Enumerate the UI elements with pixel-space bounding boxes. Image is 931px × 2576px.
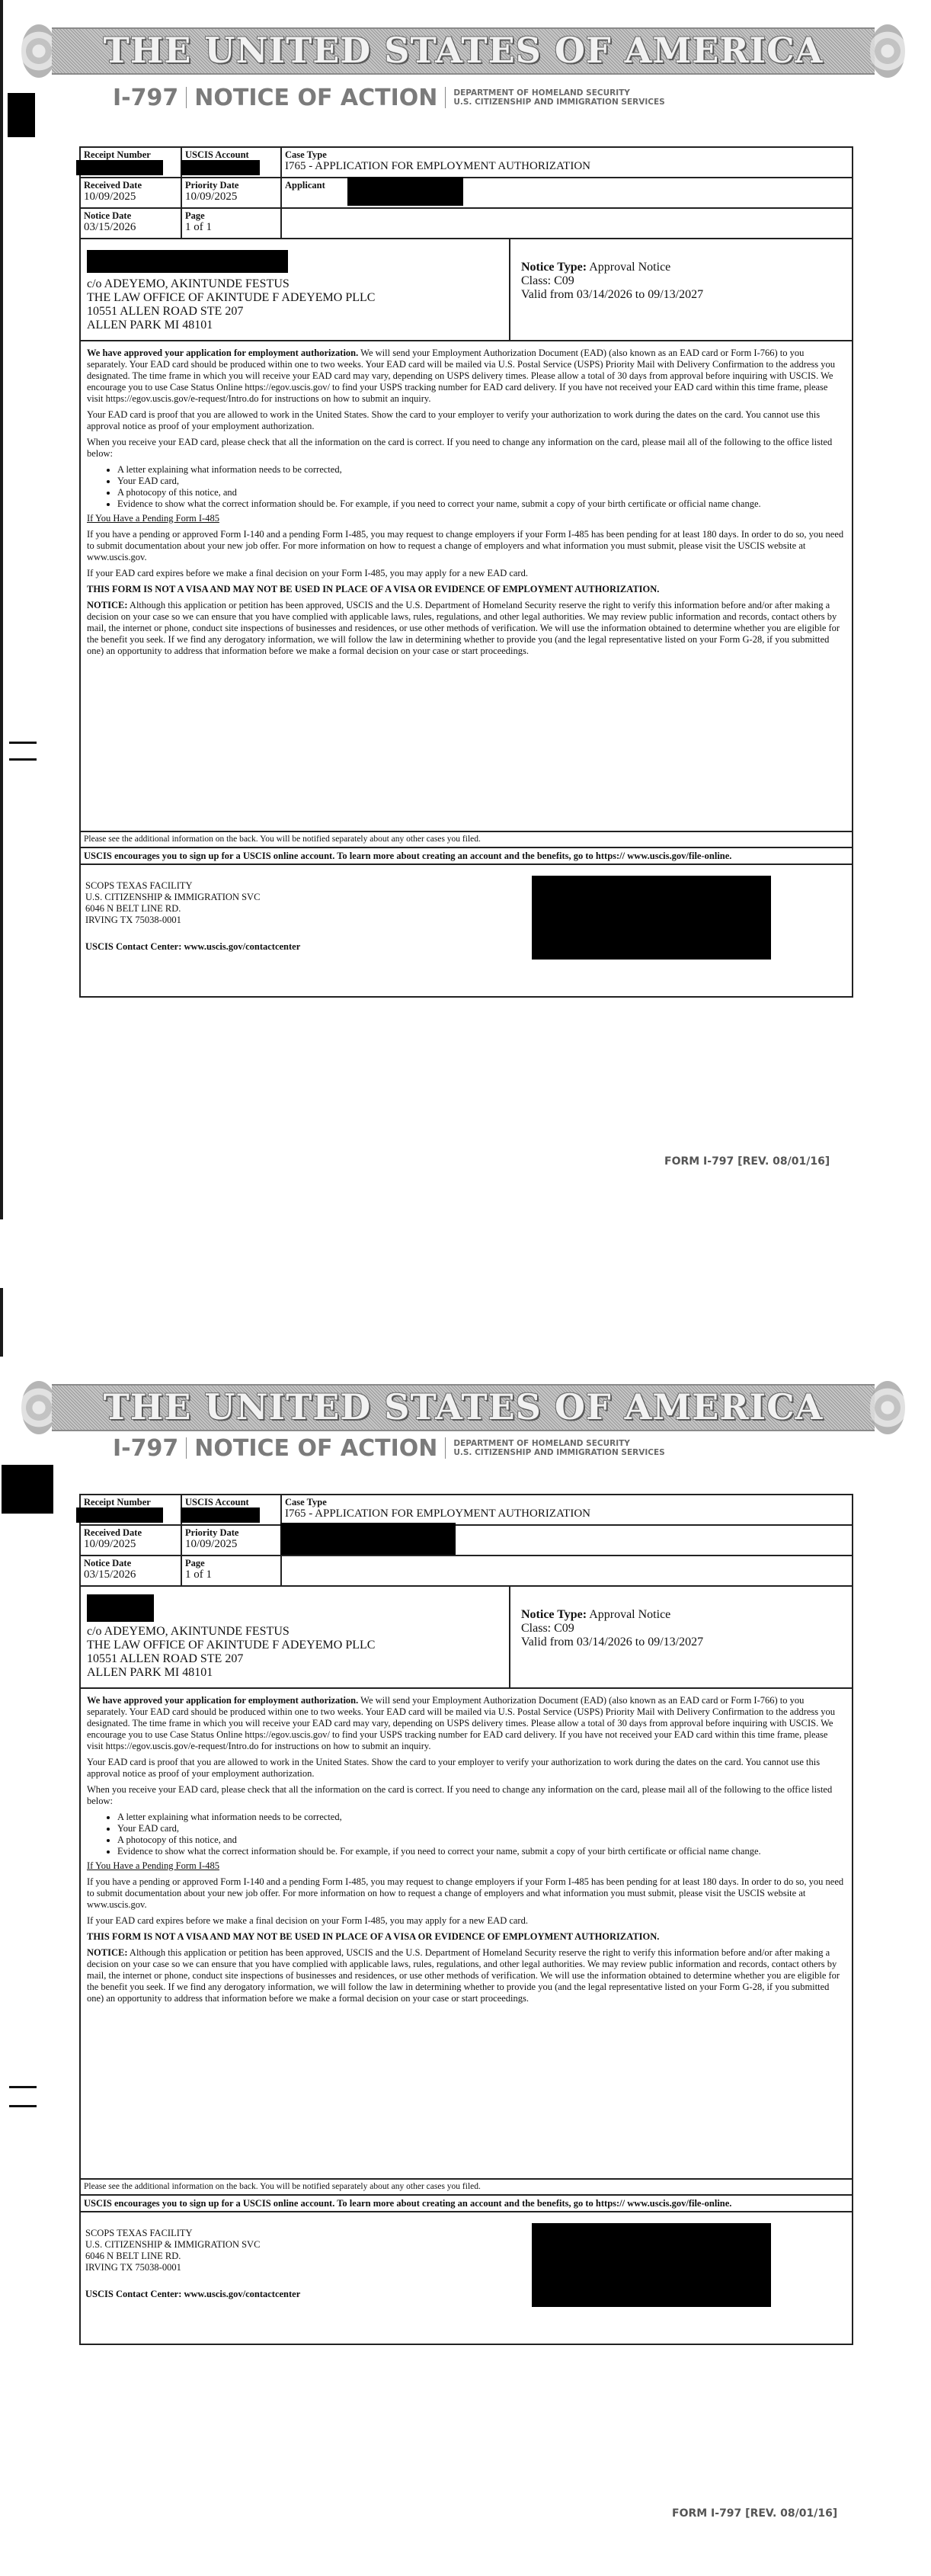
notice-page-1: THE UNITED STATES OF AMERICA I-797 NOTIC…: [0, 0, 931, 1288]
title-divider: [445, 87, 446, 108]
corrections-list: A letter explaining what information nee…: [87, 464, 846, 510]
account-number-cell: USCIS Account Number: [182, 148, 282, 177]
priority-date-value: 10/09/2025: [185, 1538, 277, 1551]
header-row-3: Notice Date 03/15/2026 Page 1 of 1: [81, 209, 852, 239]
paragraph-notice: NOTICE: Although this application or pet…: [87, 600, 846, 657]
margin-mark: [9, 2105, 37, 2107]
scan-edge: [0, 1288, 3, 1357]
form-revision: FORM I-797 [REV. 08/01/16]: [664, 1155, 830, 1168]
address-line: ALLEN PARK MI 48101: [87, 1666, 503, 1680]
list-item: Evidence to show what the correct inform…: [117, 1846, 846, 1857]
received-date-cell: Received Date 10/09/2025: [81, 178, 182, 207]
page-label: Page: [185, 210, 277, 221]
address-row: c/o ADEYEMO, AKINTUNDE FESTUS THE LAW OF…: [81, 239, 852, 341]
form-revision: FORM I-797 [REV. 08/01/16]: [672, 2507, 837, 2520]
account-number-redaction: [181, 1507, 260, 1523]
account-number-redaction: [181, 160, 260, 175]
banner: THE UNITED STATES OF AMERICA: [21, 24, 905, 78]
title-divider: [445, 1437, 446, 1459]
visa-warning: THIS FORM IS NOT A VISA AND MAY NOT BE U…: [87, 584, 846, 595]
notice-type-label: Notice Type:: [521, 261, 587, 274]
title-divider: [186, 1437, 187, 1459]
notice-type: Notice Type: Approval Notice: [521, 1608, 846, 1622]
header-row-2: Received Date 10/09/2025 Priority Date 1…: [81, 1526, 852, 1556]
scan-edge: [0, 0, 3, 1219]
department-line-1: DEPARTMENT OF HOMELAND SECURITY: [453, 1439, 630, 1448]
barcode-redaction: [532, 2223, 771, 2307]
header-row-2: Received Date 10/09/2025 Priority Date 1…: [81, 178, 852, 209]
title-row: I-797 NOTICE OF ACTION DEPARTMENT OF HOM…: [113, 82, 665, 113]
notice-summary: Notice Type: Approval Notice Class: C09 …: [510, 1587, 852, 1687]
notice-type-label: Notice Type:: [521, 1608, 587, 1621]
notice-body: We have approved your application for em…: [81, 341, 852, 657]
additional-info-row: Please see the additional information on…: [81, 2180, 852, 2196]
online-account-row: USCIS encourages you to sign up for a US…: [81, 848, 852, 865]
notice-lead: NOTICE:: [87, 600, 127, 610]
banner-country: THE UNITED STATES OF AMERICA: [52, 1386, 875, 1427]
case-type-cell: Case Type I765 - APPLICATION FOR EMPLOYM…: [282, 148, 852, 177]
notice-type-value: Approval Notice: [589, 1608, 670, 1621]
recipient-name-redaction: [87, 250, 288, 273]
i485-heading: If You Have a Pending Form I-485: [87, 513, 846, 524]
notice-validity: Valid from 03/14/2026 to 09/13/2027: [521, 1636, 846, 1649]
address-line: 10551 ALLEN ROAD STE 207: [87, 1652, 503, 1666]
notice-text: Although this application or petition ha…: [87, 1947, 840, 2004]
applicant-redaction: [347, 177, 463, 206]
list-item: A photocopy of this notice, and: [117, 1834, 846, 1846]
margin-mark: [9, 758, 37, 761]
receipt-number-label: Receipt Number: [84, 1497, 178, 1507]
online-account-row: USCIS encourages you to sign up for a US…: [81, 2196, 852, 2212]
receipt-number-redaction: [76, 160, 163, 175]
barcode-redaction: [532, 876, 771, 960]
department-line-2: U.S. CITIZENSHIP AND IMMIGRATION SERVICE…: [453, 98, 664, 107]
priority-date-cell: Priority Date 10/09/2025: [182, 178, 282, 207]
address-line: c/o ADEYEMO, AKINTUNDE FESTUS: [87, 277, 503, 291]
empty-cell: [282, 1556, 852, 1585]
form-number: I-797: [113, 85, 178, 111]
paragraph-corrections: When you receive your EAD card, please c…: [87, 437, 846, 460]
body-row: We have approved your application for em…: [81, 1689, 852, 2180]
case-type-value: I765 - APPLICATION FOR EMPLOYMENT AUTHOR…: [285, 160, 849, 173]
priority-date-cell: Priority Date 10/09/2025: [182, 1526, 282, 1555]
department: DEPARTMENT OF HOMELAND SECURITY U.S. CIT…: [453, 1439, 664, 1457]
notice-date-value: 03/15/2026: [84, 1568, 178, 1581]
paragraph-approval: We have approved your application for em…: [87, 1695, 846, 1752]
corrections-list: A letter explaining what information nee…: [87, 1812, 846, 1857]
list-item: Evidence to show what the correct inform…: [117, 498, 846, 510]
notice-class: Class: C09: [521, 1622, 846, 1636]
mailing-address: c/o ADEYEMO, AKINTUNDE FESTUS THE LAW OF…: [81, 239, 510, 340]
case-type-label: Case Type: [285, 149, 849, 160]
department: DEPARTMENT OF HOMELAND SECURITY U.S. CIT…: [453, 88, 664, 107]
additional-info-row: Please see the additional information on…: [81, 832, 852, 848]
notice-class: Class: C09: [521, 274, 846, 288]
banner-engraving: THE UNITED STATES OF AMERICA: [52, 1384, 875, 1431]
notice-type-value: Approval Notice: [589, 261, 670, 274]
notice-title: NOTICE OF ACTION: [194, 1435, 437, 1462]
notice-body: We have approved your application for em…: [81, 1689, 852, 2004]
address-line: c/o ADEYEMO, AKINTUNDE FESTUS: [87, 1625, 503, 1639]
notice-page-2: THE UNITED STATES OF AMERICA I-797 NOTIC…: [0, 1288, 931, 2576]
notice-date-label: Notice Date: [84, 1558, 178, 1568]
notice-title: NOTICE OF ACTION: [194, 85, 437, 111]
paragraph-expiry: If your EAD card expires before we make …: [87, 568, 846, 579]
notice-type: Notice Type: Approval Notice: [521, 261, 846, 274]
paragraph-proof: Your EAD card is proof that you are allo…: [87, 409, 846, 432]
banner-country: THE UNITED STATES OF AMERICA: [52, 30, 875, 71]
paragraph-i485: If you have a pending or approved Form I…: [87, 529, 846, 563]
notice-date-label: Notice Date: [84, 210, 178, 221]
receipt-number-redaction: [76, 1507, 163, 1523]
received-date-value: 10/09/2025: [84, 1538, 178, 1551]
paragraph-approval: We have approved your application for em…: [87, 348, 846, 405]
margin-mark: [9, 742, 37, 744]
address-line: THE LAW OFFICE OF AKINTUDE F ADEYEMO PLL…: [87, 1639, 503, 1652]
page-cell: Page 1 of 1: [182, 209, 282, 238]
office-row: SCOPS TEXAS FACILITY U.S. CITIZENSHIP & …: [81, 865, 852, 996]
list-item: Your EAD card,: [117, 1823, 846, 1834]
approval-lead: We have approved your application for em…: [87, 348, 358, 358]
office-row: SCOPS TEXAS FACILITY U.S. CITIZENSHIP & …: [81, 2212, 852, 2344]
notice-date-cell: Notice Date 03/15/2026: [81, 1556, 182, 1585]
page-label: Page: [185, 1558, 277, 1568]
paragraph-proof: Your EAD card is proof that you are allo…: [87, 1757, 846, 1780]
address-line: THE LAW OFFICE OF AKINTUDE F ADEYEMO PLL…: [87, 291, 503, 305]
title-row: I-797 NOTICE OF ACTION DEPARTMENT OF HOM…: [113, 1433, 665, 1463]
applicant-cell: Applicant: [282, 1526, 852, 1555]
page-cell: Page 1 of 1: [182, 1556, 282, 1585]
paragraph-expiry: If your EAD card expires before we make …: [87, 1915, 846, 1927]
notice-form: Receipt Number USCIS Account Number Case…: [79, 146, 853, 998]
priority-date-value: 10/09/2025: [185, 191, 277, 203]
priority-date-label: Priority Date: [185, 180, 277, 191]
list-item: Your EAD card,: [117, 476, 846, 487]
banner: THE UNITED STATES OF AMERICA: [21, 1381, 905, 1434]
address-line: 10551 ALLEN ROAD STE 207: [87, 305, 503, 319]
rosette-ornament-icon: [870, 1381, 905, 1434]
applicant-redaction: [280, 1523, 456, 1555]
redaction-block: [8, 93, 35, 137]
case-type-cell: Case Type I765 - APPLICATION FOR EMPLOYM…: [282, 1495, 852, 1524]
header-row-3: Notice Date 03/15/2026 Page 1 of 1: [81, 1556, 852, 1587]
paragraph-notice: NOTICE: Although this application or pet…: [87, 1947, 846, 2004]
empty-cell: [282, 209, 852, 238]
received-date-value: 10/09/2025: [84, 191, 178, 203]
list-item: A letter explaining what information nee…: [117, 1812, 846, 1823]
department-line-2: U.S. CITIZENSHIP AND IMMIGRATION SERVICE…: [453, 1448, 664, 1457]
i485-heading: If You Have a Pending Form I-485: [87, 1860, 846, 1872]
header-row-1: Receipt Number USCIS Account Number Case…: [81, 1495, 852, 1526]
received-date-label: Received Date: [84, 1527, 178, 1538]
body-row: We have approved your application for em…: [81, 341, 852, 832]
receipt-number-label: Receipt Number: [84, 149, 178, 160]
priority-date-label: Priority Date: [185, 1527, 277, 1538]
paragraph-corrections: When you receive your EAD card, please c…: [87, 1784, 846, 1807]
notice-date-cell: Notice Date 03/15/2026: [81, 209, 182, 238]
account-number-cell: USCIS Account Number: [182, 1495, 282, 1524]
visa-warning: THIS FORM IS NOT A VISA AND MAY NOT BE U…: [87, 1931, 846, 1943]
address-line: ALLEN PARK MI 48101: [87, 319, 503, 332]
notice-form: Receipt Number USCIS Account Number Case…: [79, 1494, 853, 2345]
receipt-number-cell: Receipt Number: [81, 1495, 182, 1524]
redaction-block: [2, 1465, 53, 1514]
rosette-ornament-icon: [870, 24, 905, 78]
approval-lead: We have approved your application for em…: [87, 1695, 358, 1706]
notice-validity: Valid from 03/14/2026 to 09/13/2027: [521, 288, 846, 302]
list-item: A letter explaining what information nee…: [117, 464, 846, 476]
title-divider: [186, 87, 187, 108]
notice-date-value: 03/15/2026: [84, 221, 178, 234]
header-row-1: Receipt Number USCIS Account Number Case…: [81, 148, 852, 178]
paragraph-i485: If you have a pending or approved Form I…: [87, 1876, 846, 1911]
mailing-address: c/o ADEYEMO, AKINTUNDE FESTUS THE LAW OF…: [81, 1587, 510, 1687]
notice-text: Although this application or petition ha…: [87, 600, 840, 656]
margin-mark: [9, 2086, 37, 2088]
receipt-number-cell: Receipt Number: [81, 148, 182, 177]
form-number: I-797: [113, 1435, 178, 1462]
received-date-label: Received Date: [84, 180, 178, 191]
page-value: 1 of 1: [185, 221, 277, 234]
notice-summary: Notice Type: Approval Notice Class: C09 …: [510, 239, 852, 340]
page-value: 1 of 1: [185, 1568, 277, 1581]
applicant-cell: Applicant: [282, 178, 852, 207]
received-date-cell: Received Date 10/09/2025: [81, 1526, 182, 1555]
address-row: c/o ADEYEMO, AKINTUNDE FESTUS THE LAW OF…: [81, 1587, 852, 1689]
department-line-1: DEPARTMENT OF HOMELAND SECURITY: [453, 88, 630, 98]
notice-lead: NOTICE:: [87, 1947, 127, 1958]
case-type-value: I765 - APPLICATION FOR EMPLOYMENT AUTHOR…: [285, 1507, 849, 1520]
banner-engraving: THE UNITED STATES OF AMERICA: [52, 27, 875, 75]
recipient-name-redaction: [87, 1594, 154, 1622]
list-item: A photocopy of this notice, and: [117, 487, 846, 498]
case-type-label: Case Type: [285, 1497, 849, 1507]
